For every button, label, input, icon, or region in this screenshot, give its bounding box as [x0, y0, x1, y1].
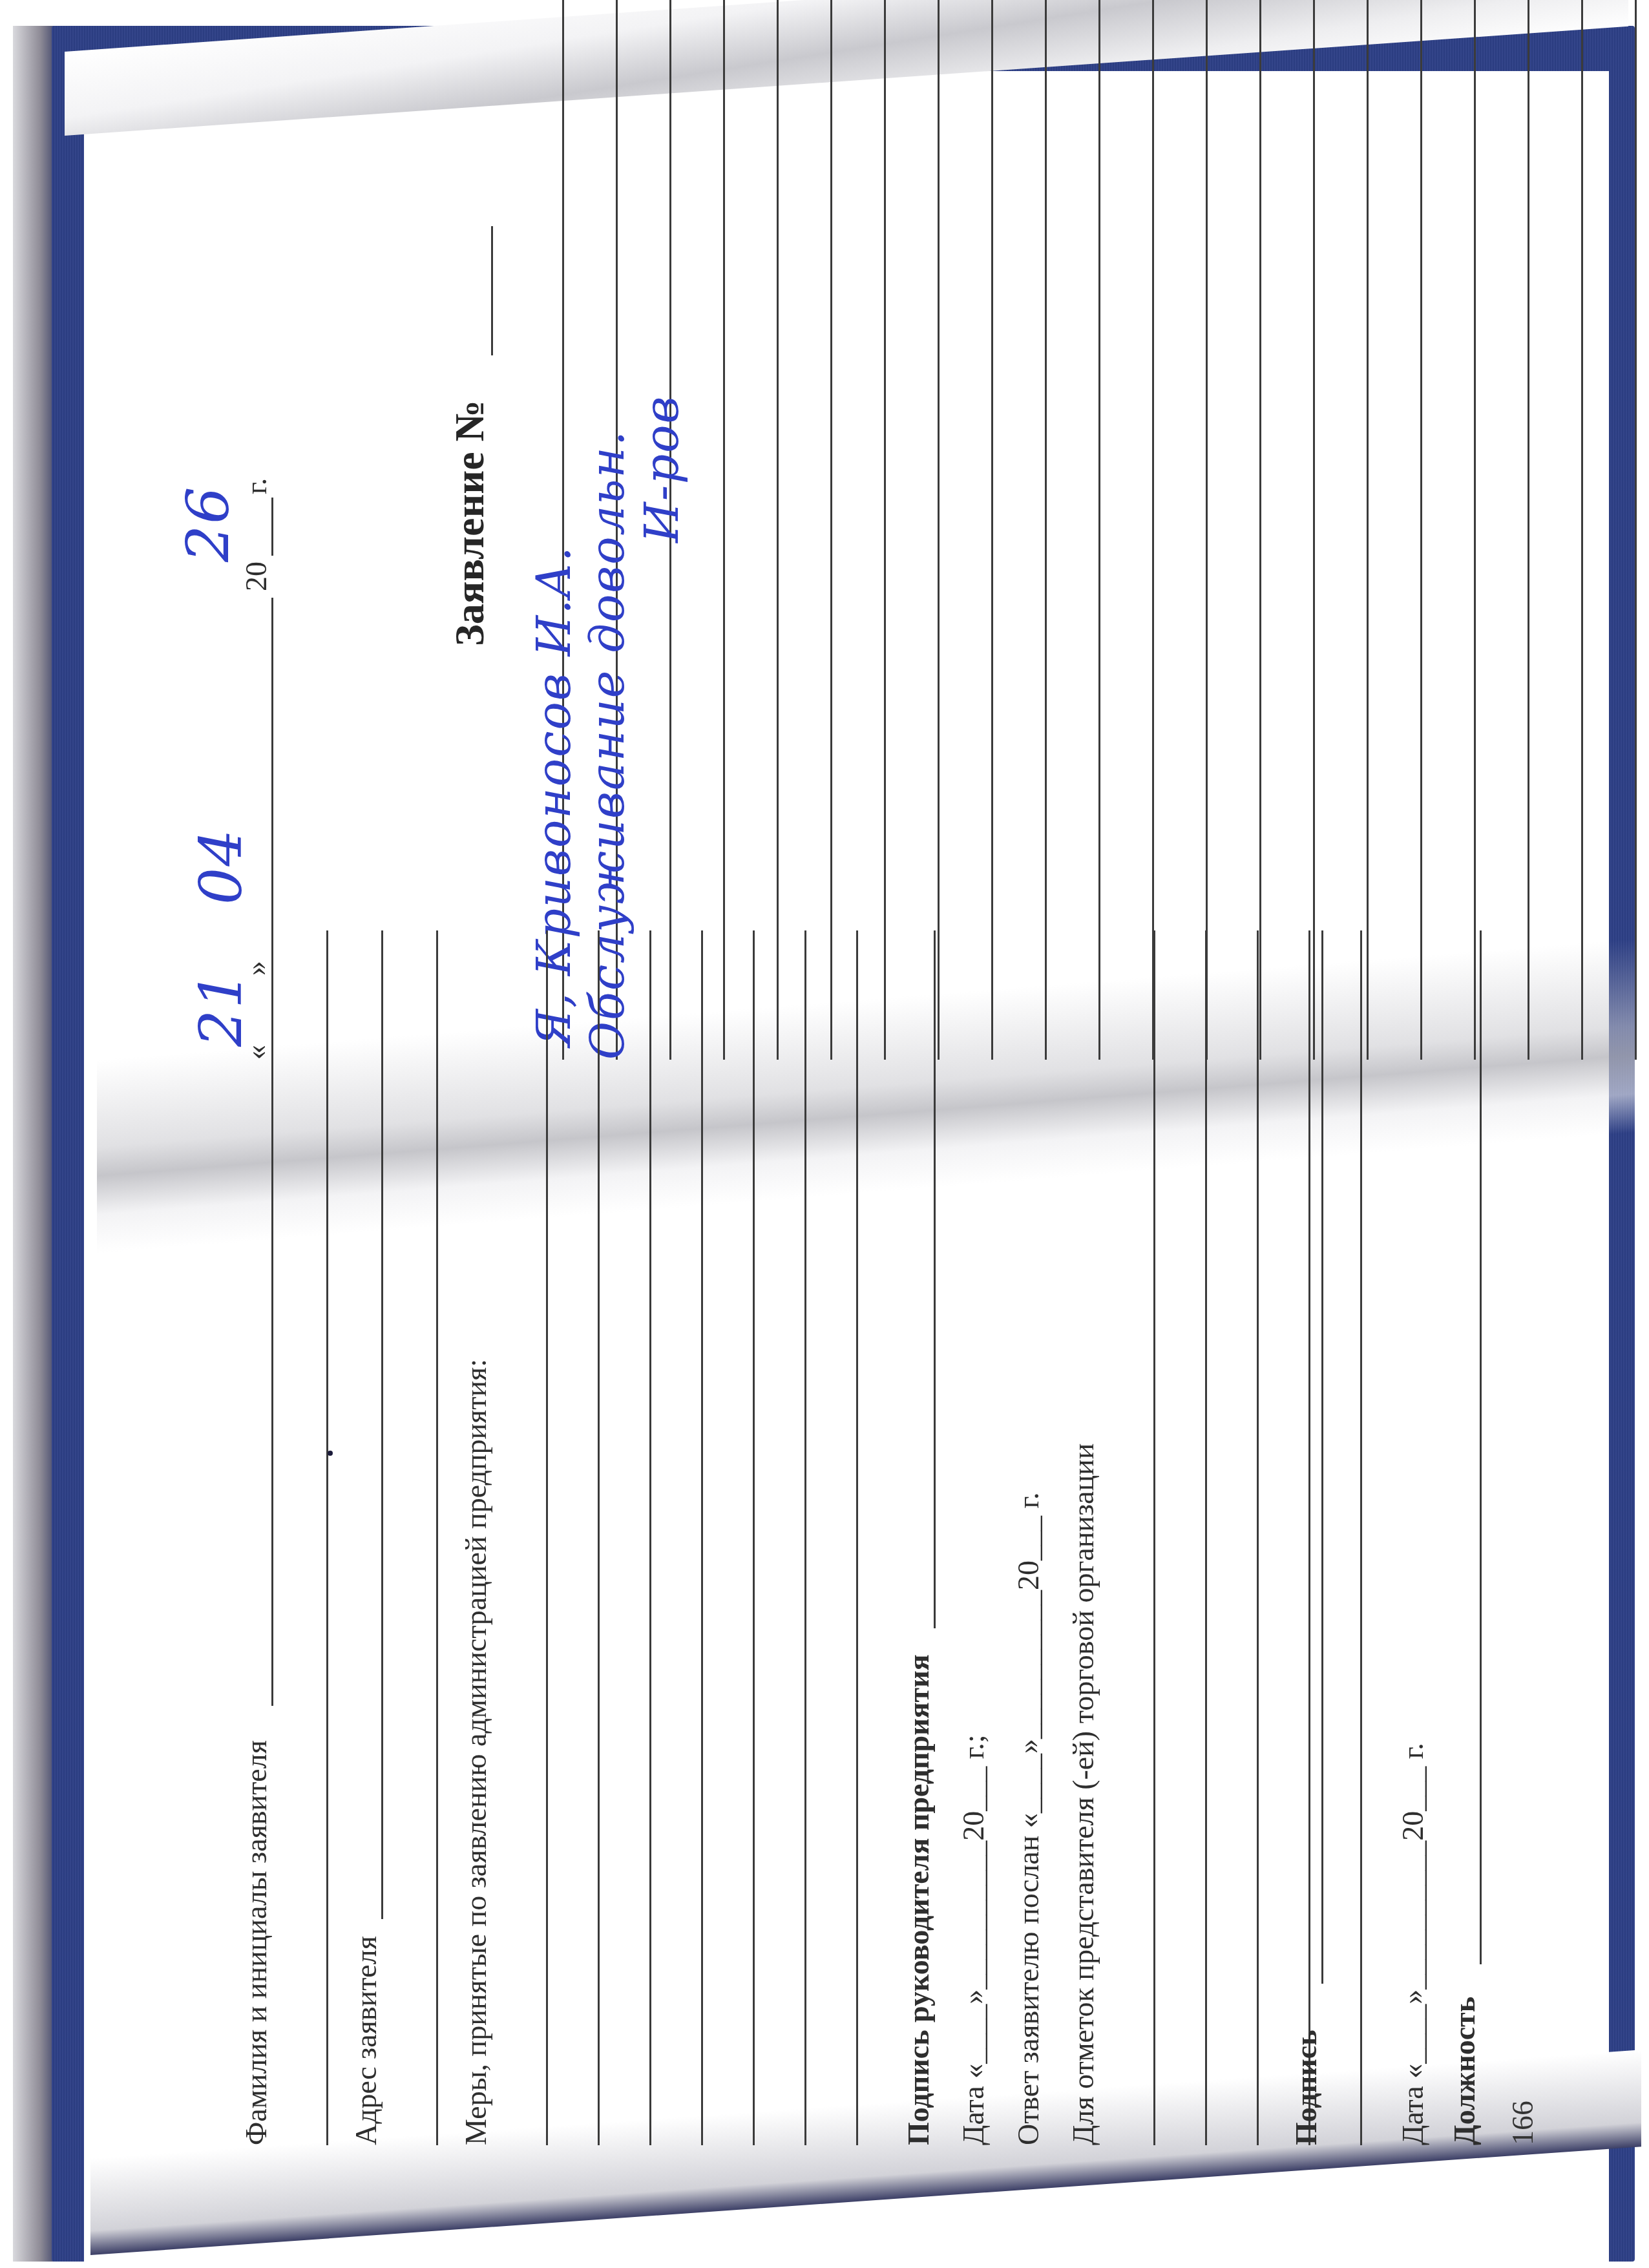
ruled-line[interactable] [1152, 0, 1154, 1060]
ruled-line[interactable] [856, 930, 858, 2145]
date-line-1[interactable]: Дата «____»__________20___ г.; [956, 1734, 991, 2145]
page-167: « 21 » 04 20 26 г. Заявление № Я, Кривон… [149, 194, 1480, 1098]
date-year-underline [271, 498, 273, 556]
ruled-line[interactable] [1259, 0, 1261, 1060]
handwritten-line-3: И-ров [635, 395, 689, 543]
handwritten-line-1: Я, Кривоносов И.А. [527, 545, 581, 1047]
ruled-line[interactable] [1581, 0, 1583, 1060]
ruled-line[interactable] [1528, 0, 1529, 1060]
date-year-prefix: 20 [239, 562, 273, 591]
signature-field[interactable] [1321, 930, 1323, 1984]
position-field[interactable] [1480, 930, 1482, 1964]
ruled-line[interactable] [1153, 930, 1155, 2145]
position-label: Должность [1447, 1997, 1482, 2145]
manager-signature-field[interactable] [934, 930, 936, 1628]
date-line-2[interactable]: Дата «____»__________20___ г. [1396, 1743, 1430, 2145]
representative-notes-label: Для отметок представителя (-ей) торговой… [1066, 1444, 1100, 2145]
ruled-line[interactable] [1474, 0, 1476, 1060]
manager-signature-label: Подпись руководителя предприятия [901, 1654, 936, 2145]
date-day-handwritten: 21 [187, 970, 255, 1047]
ink-speck [328, 1451, 333, 1456]
ruled-line[interactable] [938, 0, 940, 1060]
statement-number-underline [491, 226, 493, 355]
date-open-quote: « [239, 1045, 273, 1060]
ruled-line[interactable] [723, 0, 725, 1060]
page-166: Фамилия и инициалы заявителя Адрес заяви… [149, 1292, 1480, 2197]
ruled-line[interactable] [1367, 0, 1369, 1060]
date-month-underline [271, 598, 273, 960]
ruled-line[interactable] [991, 0, 993, 1060]
applicant-name-field-2[interactable] [326, 930, 328, 2145]
date-year-handwritten: 26 [174, 485, 242, 562]
ruled-line[interactable] [649, 930, 651, 2145]
statement-title: Заявление № [446, 400, 494, 646]
applicant-name-field[interactable] [271, 930, 273, 1706]
applicant-name-label: Фамилия и инициалы заявителя [239, 1740, 273, 2145]
measures-label: Меры, принятые по заявлению администраци… [459, 1359, 493, 2145]
ruled-line[interactable] [830, 0, 832, 1060]
ruled-line[interactable] [753, 930, 755, 2145]
ruled-line[interactable] [777, 0, 779, 1060]
ruled-line[interactable] [884, 0, 886, 1060]
ruled-line[interactable] [1360, 930, 1362, 2145]
ruled-line[interactable] [1098, 0, 1100, 1060]
reply-sent-line[interactable]: Ответ заявителю послан «____»__________2… [1011, 1492, 1045, 2145]
applicant-address-label: Адрес заявителя [349, 1936, 383, 2145]
ruled-line[interactable] [1205, 930, 1207, 2145]
date-close-quote: » [239, 961, 273, 976]
handwritten-line-2: Обслуживание довольн. [580, 430, 635, 1060]
ruled-line[interactable] [701, 930, 703, 2145]
ruled-line[interactable] [546, 930, 548, 2145]
date-month-handwritten: 04 [187, 828, 255, 905]
applicant-address-field-2[interactable] [436, 930, 438, 2145]
ruled-line[interactable] [598, 930, 600, 2145]
signature-label: Подпись [1289, 2030, 1323, 2145]
ruled-line[interactable] [804, 930, 806, 2145]
ruled-line[interactable] [1045, 0, 1047, 1060]
ruled-line[interactable] [1257, 930, 1259, 2145]
ruled-line[interactable] [1420, 0, 1422, 1060]
ruled-line[interactable] [1635, 0, 1637, 1060]
date-year-suffix: г. [239, 478, 273, 494]
page-number-166: 166 [1506, 2101, 1540, 2145]
applicant-address-field[interactable] [381, 930, 383, 1919]
page-166-signature-row: Подпись [1283, 866, 1360, 2197]
ruled-line[interactable] [1206, 0, 1208, 1060]
